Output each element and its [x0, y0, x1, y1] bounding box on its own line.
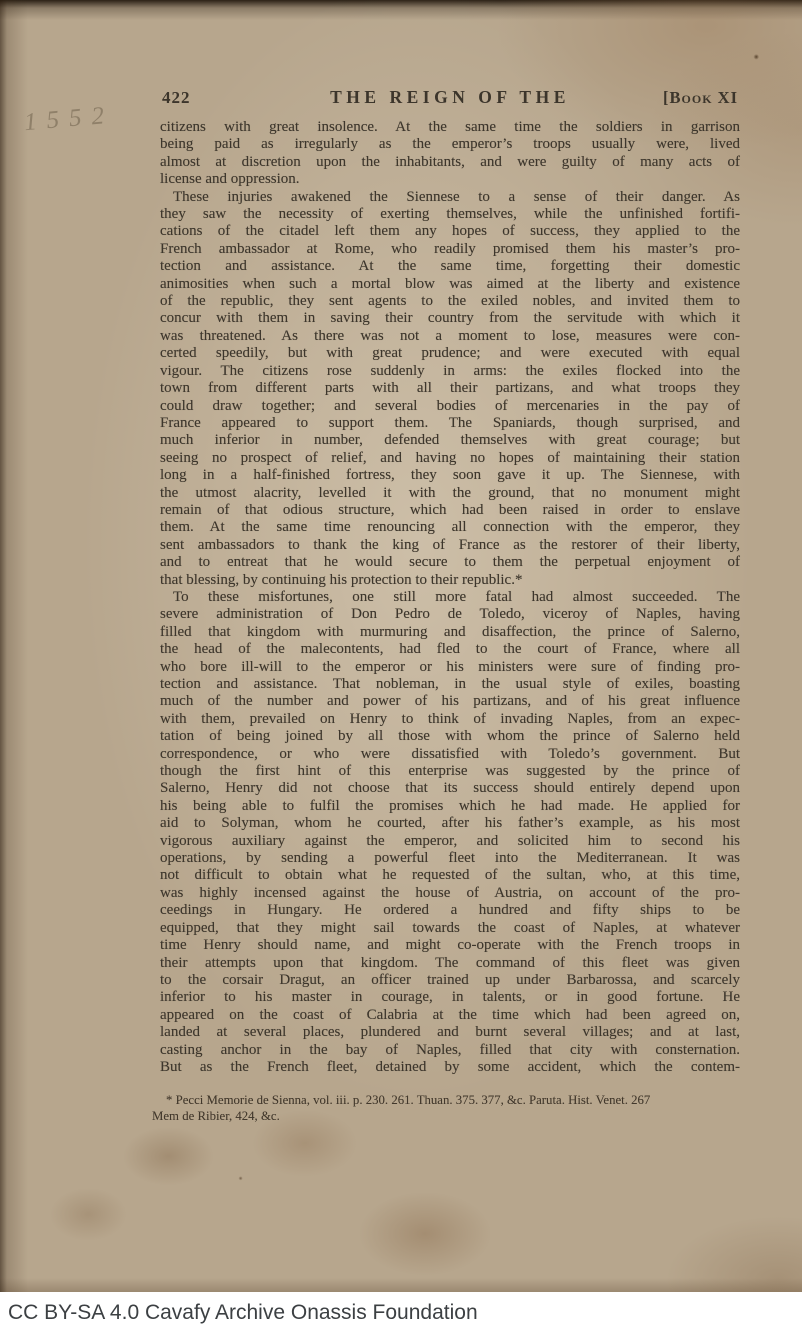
book-label: [Book XI: [663, 88, 738, 108]
text-line: Salerno, Henry did not choose that its s…: [160, 780, 740, 797]
text-line: they saw the necessity of exerting thems…: [160, 206, 740, 223]
text-line: with them, prevailed on Henry to think o…: [160, 711, 740, 728]
text-line: them. At the same time renouncing all co…: [160, 519, 740, 536]
text-line: the head of the malecontents, had fled t…: [160, 641, 740, 658]
text-line: inferior to his master in courage, in ta…: [160, 989, 740, 1006]
text-line: not difficult to obtain what he requeste…: [160, 867, 740, 884]
footnote-line: Mem de Ribier, 424, &c.: [152, 1108, 744, 1124]
text-line: almost at discretion upon the inhabitant…: [160, 154, 740, 171]
paragraph: citizens with great insolence. At the sa…: [160, 119, 740, 189]
text-line: correspondence, or who were dissatisfied…: [160, 746, 740, 763]
text-line: and to entreat that he would secure to t…: [160, 554, 740, 571]
text-line: license and oppression.: [160, 171, 740, 188]
text-line: France appeared to support them. The Spa…: [160, 415, 740, 432]
text-line: was threatened. As there was not a momen…: [160, 328, 740, 345]
text-line: French ambassador at Rome, who readily p…: [160, 241, 740, 258]
license-caption-bar: CC BY-SA 4.0 Cavafy Archive Onassis Foun…: [0, 1292, 802, 1333]
text-line: the utmost alacrity, levelled it with th…: [160, 485, 740, 502]
text-line: animosities when such a mortal blow was …: [160, 276, 740, 293]
text-line: concur with them in saving their country…: [160, 310, 740, 327]
text-line: time Henry should name, and might co-ope…: [160, 937, 740, 954]
text-line: to the corsair Dragut, an officer traine…: [160, 972, 740, 989]
text-line: aid to Solyman, whom he courted, after h…: [160, 815, 740, 832]
text-line: who bore ill-will to the emperor or his …: [160, 659, 740, 676]
text-line: ceedings in Hungary. He ordered a hundre…: [160, 902, 740, 919]
text-line: tection and assistance. That nobleman, i…: [160, 676, 740, 693]
text-line: remain of that odious structure, which h…: [160, 502, 740, 519]
text-line: much of the number and power of his part…: [160, 693, 740, 710]
text-line: tection and assistance. At the same time…: [160, 258, 740, 275]
text-line: long in a half-finished fortress, they s…: [160, 467, 740, 484]
paragraph: These injuries awakened the Siennese to …: [160, 189, 740, 589]
text-line: equipped, that they might sail towards t…: [160, 920, 740, 937]
text-line: that blessing, by continuing his protect…: [160, 572, 740, 589]
text-line: though the first hint of this enterprise…: [160, 763, 740, 780]
text-line: appeared on the coast of Calabria at the…: [160, 1007, 740, 1024]
text-line: operations, by sending a powerful fleet …: [160, 850, 740, 867]
text-line: was highly incensed against the house of…: [160, 885, 740, 902]
text-line: much inferior in number, defended themse…: [160, 432, 740, 449]
text-line: severe administration of Don Pedro de To…: [160, 606, 740, 623]
text-line: citizens with great insolence. At the sa…: [160, 119, 740, 136]
text-line: These injuries awakened the Siennese to …: [160, 189, 740, 206]
text-line: sent ambassadors to thank the king of Fr…: [160, 537, 740, 554]
footnote: * Pecci Memorie de Sienna, vol. iii. p. …: [152, 1092, 744, 1124]
text-line: cations of the citadel left them any hop…: [160, 223, 740, 240]
text-line: certed speedily, but with great prudence…: [160, 345, 740, 362]
book-page-scan: 1552 422 THE REIGN OF THE [Book XI citiz…: [0, 0, 802, 1292]
footnote-line: * Pecci Memorie de Sienna, vol. iii. p. …: [152, 1092, 744, 1108]
text-line: filled that kingdom with murmuring and d…: [160, 624, 740, 641]
text-line: their attempts upon that kingdom. The co…: [160, 955, 740, 972]
text-line: tation of being joined by all those with…: [160, 728, 740, 745]
text-line: being paid as irregularly as the emperor…: [160, 136, 740, 153]
text-line: vigour. The citizens rose suddenly in ar…: [160, 363, 740, 380]
text-line: But as the French fleet, detained by som…: [160, 1059, 740, 1076]
text-line: vigorous auxiliary against the emperor, …: [160, 833, 740, 850]
text-line: casting anchor in the bay of Naples, fil…: [160, 1042, 740, 1059]
text-line: town from different parts with all their…: [160, 380, 740, 397]
text-line: of the republic, they sent agents to the…: [160, 293, 740, 310]
text-line: landed at several places, plundered and …: [160, 1024, 740, 1041]
body-text: citizens with great insolence. At the sa…: [160, 119, 740, 1076]
handwritten-year: 1552: [23, 99, 145, 137]
text-line: his being able to fulfil the promises wh…: [160, 798, 740, 815]
text-line: could draw together; and several bodies …: [160, 398, 740, 415]
text-line: To these misfortunes, one still more fat…: [160, 589, 740, 606]
running-title: THE REIGN OF THE: [160, 87, 740, 108]
license-text: CC BY-SA 4.0 Cavafy Archive Onassis Foun…: [0, 1301, 478, 1325]
paragraph: To these misfortunes, one still more fat…: [160, 589, 740, 1076]
text-line: seeing no prospect of relief, and having…: [160, 450, 740, 467]
